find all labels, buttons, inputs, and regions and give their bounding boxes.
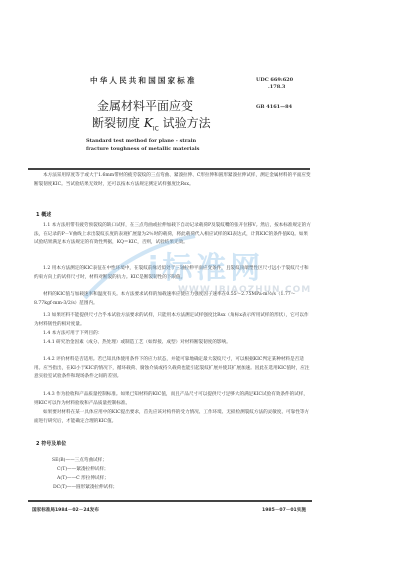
- udc-code: UDC 669:620 .178.3: [256, 77, 293, 91]
- document-title: 金属材料平面应变 断裂韧度 KIC 试验方法: [92, 98, 211, 137]
- national-standard-label: 中华人民共和国国家标准: [90, 75, 197, 86]
- gb-code: GB 4161—84: [256, 104, 292, 110]
- issue-date: 国家标准局1984－02－24发布: [32, 507, 99, 513]
- title-line-1: 金属材料平面应变: [92, 98, 211, 115]
- header-divider: [28, 168, 310, 170]
- symbols-list: SE(B)——三点弯曲试样； C(T)——紧凑拉伸试样； A(T)——C 形拉伸…: [52, 456, 117, 492]
- paragraph-1-4-1: 1.4.1 研究冶金因素（成分、热处理）或制造工艺（如焊接、成型）对材料断裂韧度…: [34, 339, 312, 348]
- title-suffix: 试验方法: [163, 116, 211, 130]
- symbol-item: C(T)——紧凑拉伸试样；: [52, 465, 117, 474]
- symbol-item: SE(B)——三点弯曲试样；: [52, 456, 117, 465]
- symbol-item: A(T)——C 形拉伸试样；: [52, 474, 117, 483]
- watermark-logo-text: i标准网: [148, 243, 264, 287]
- intro-paragraph: 本方法采用厚度等于或大于1.6mm带材的疲劳裂纹的三点弯曲、紧凑拉伸、C形拉伸和…: [34, 172, 312, 189]
- symbol-item: DC(T)——圆形紧凑拉伸试样；: [52, 483, 117, 492]
- title-line-2: 断裂韧度 KIC 试验方法: [92, 115, 211, 137]
- watermark-url: WWW.IBIAOZHUN.COM: [178, 285, 311, 295]
- title-symbol: K: [144, 116, 153, 130]
- english-title: Standard test method for plane - strain …: [86, 137, 199, 153]
- footer-divider: [28, 500, 312, 502]
- paragraph-1-4-2: 1.4.2 评价材料是否适用。若已知具体使用条件下的应力状态，并能可靠地确定最大…: [34, 356, 312, 382]
- title-symbol-sub: IC: [153, 125, 159, 132]
- paragraph-1-4-4: 如果要对材料在某一具体应用中的KIC提出要求，首先应该对构件的受力情况、工作环境…: [34, 409, 312, 426]
- english-title-line-2: fracture toughness of metallic materials: [86, 145, 199, 153]
- section-1-heading: 1 概述: [36, 211, 51, 218]
- udc-line-2: .178.3: [256, 84, 293, 91]
- effective-date: 1985－07－01实施: [262, 507, 306, 513]
- paragraph-1-4: 1.4 本方法可用于下列目的：: [34, 330, 312, 339]
- udc-line-1: UDC 669:620: [256, 77, 293, 84]
- paragraph-1-3: 1.3 如果坯料不能提供尺寸合乎本试验方法要求的试样，只能用本方法测定试样强度比…: [34, 312, 312, 329]
- english-title-line-1: Standard test method for plane - strain: [86, 137, 199, 145]
- title-prefix: 断裂韧度: [92, 116, 140, 130]
- section-2-heading: 2 符号及单位: [36, 440, 66, 447]
- paragraph-1-4-3: 1.4.3 作为验收和产品质量控制标准。如果已知材料的KIC值，而且产品尺寸可以…: [34, 391, 312, 408]
